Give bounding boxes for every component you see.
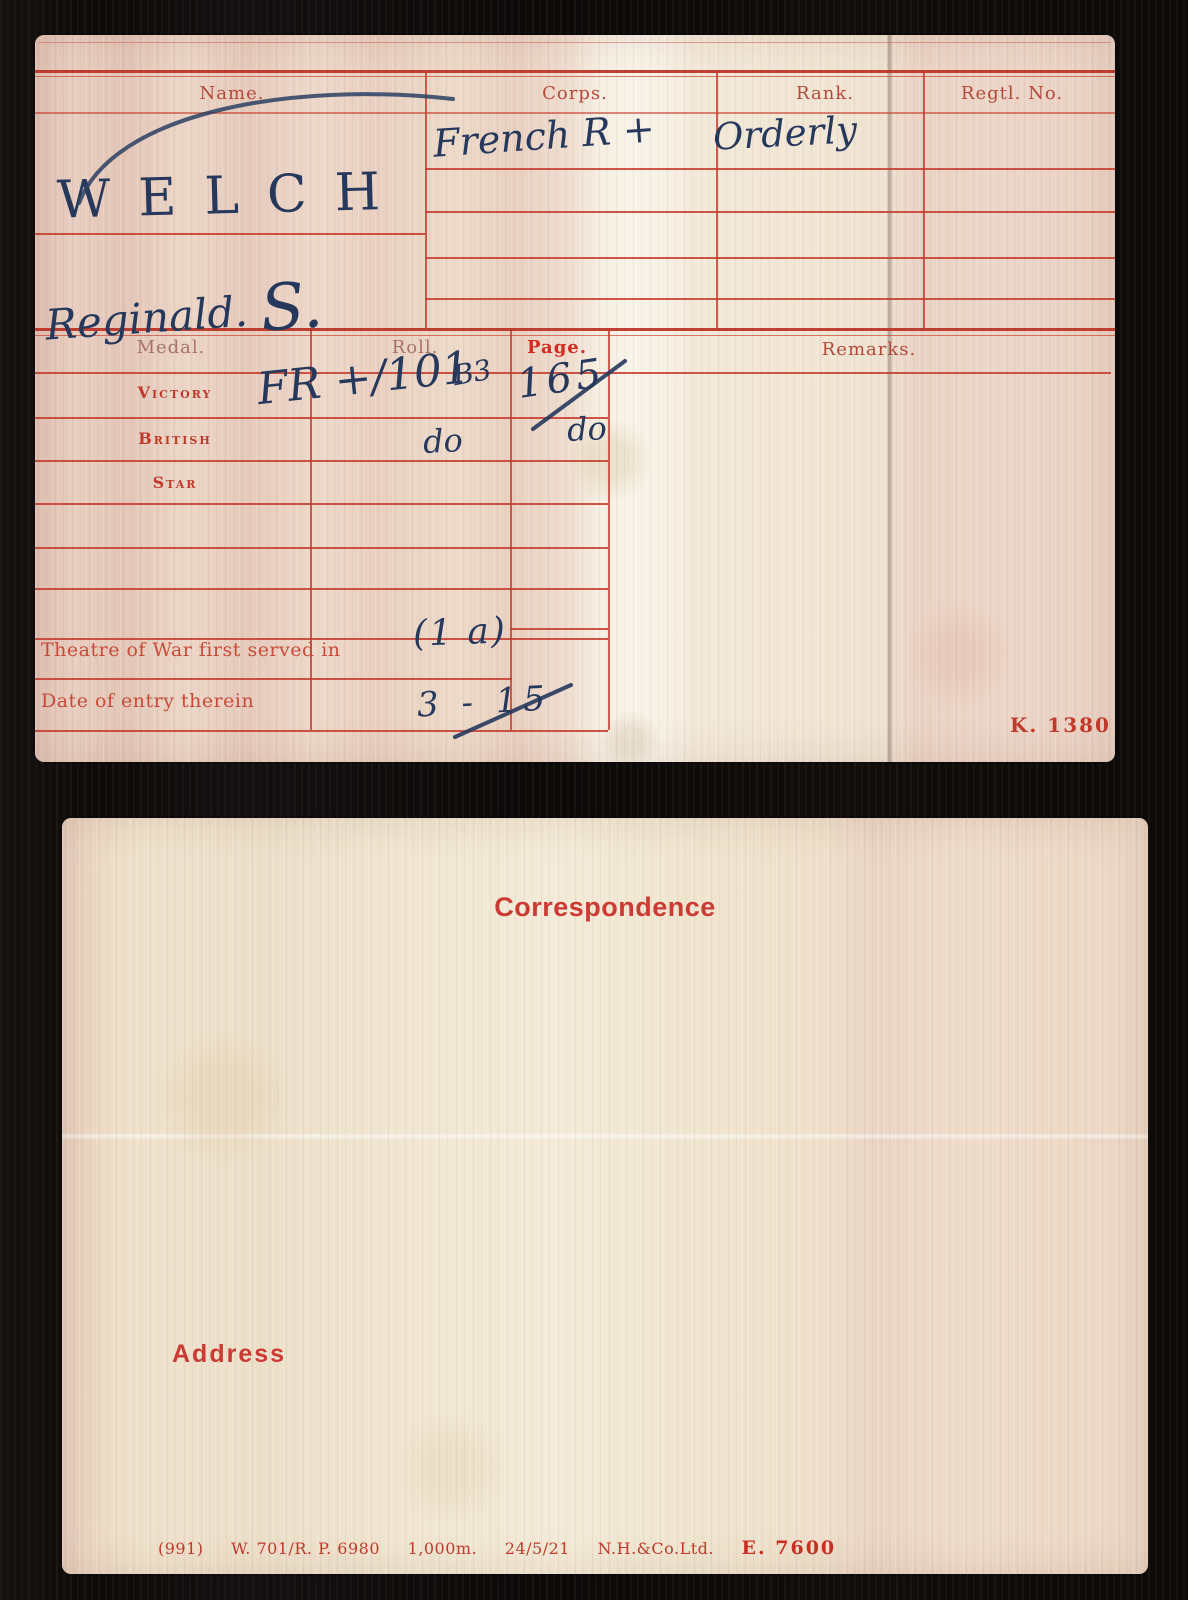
print-footer: (991) W. 701/R. P. 6980 1,000m. 24/5/21 …: [158, 1537, 836, 1559]
medal-victory-label: Victory: [95, 383, 255, 402]
medal-index-card-front: Name. Corps. Rank. Regtl. No. Medal. Rol…: [35, 35, 1115, 762]
rule-line: [35, 76, 1115, 77]
roll-entry-victory: FR +/101: [255, 346, 472, 412]
footer-print-code: W. 701/R. P. 6980: [231, 1539, 380, 1558]
rule-line: [425, 168, 1115, 170]
rule-line: [35, 547, 608, 549]
column-divider: [425, 72, 427, 328]
rule-line: [35, 233, 425, 235]
medal-index-card-back: Correspondence Address (991) W. 701/R. P…: [62, 818, 1148, 1574]
roll-entry-british: do: [422, 424, 463, 458]
rule-line: [35, 730, 608, 732]
page-entry-victory: 165: [515, 353, 608, 405]
rule-line: [35, 417, 608, 419]
footer-form-code: E. 7600: [742, 1537, 837, 1559]
rule-line: [35, 503, 608, 505]
rule-line: [425, 298, 1115, 300]
rule-line: [425, 257, 1115, 259]
name-column-header: Name.: [132, 83, 332, 104]
rule-line: [510, 628, 608, 630]
rule-line: [35, 678, 512, 680]
remarks-column-header: Remarks.: [769, 339, 969, 360]
date-entry-handwritten: 3 - 15: [416, 682, 552, 723]
footer-ref: (991): [158, 1539, 204, 1558]
surname-handwritten: WELCH: [56, 165, 408, 226]
forename-initial: S.: [258, 268, 325, 346]
footer-printer: N.H.&Co.Ltd.: [598, 1539, 714, 1558]
correspondence-title: Correspondence: [62, 892, 1148, 923]
theatre-of-war-label: Theatre of War first served in: [41, 639, 341, 661]
rule-line: [425, 211, 1115, 213]
forename-text: Reginald.: [44, 287, 249, 350]
regtl-no-column-header: Regtl. No.: [912, 83, 1112, 104]
corps-handwritten: French R +: [432, 109, 656, 162]
rank-column-header: Rank.: [725, 83, 925, 104]
forename-handwritten: Reginald. S.: [43, 273, 325, 356]
rule-line: [35, 588, 608, 590]
medal-star-label: Star: [95, 473, 255, 492]
rule-line: [35, 460, 608, 462]
paper-texture: [62, 818, 1148, 1574]
rank-handwritten: Orderly: [712, 111, 858, 155]
roll-entry-note: B3: [451, 356, 494, 390]
column-divider: [608, 328, 610, 730]
theatre-entry-handwritten: (1 a): [412, 613, 507, 652]
rule-line: [35, 70, 1115, 73]
medal-british-label: British: [95, 429, 255, 448]
page-entry-british: do: [566, 412, 607, 446]
column-divider: [510, 328, 512, 730]
rule-line: [39, 42, 1111, 43]
footer-date: 24/5/21: [505, 1539, 570, 1558]
corps-column-header: Corps.: [475, 83, 675, 104]
column-divider: [923, 72, 925, 328]
date-of-entry-label: Date of entry therein: [41, 690, 254, 712]
footer-quantity: 1,000m.: [408, 1539, 478, 1558]
column-divider: [716, 72, 718, 328]
form-reference: K. 1380: [1010, 713, 1111, 737]
address-label: Address: [172, 1340, 286, 1369]
